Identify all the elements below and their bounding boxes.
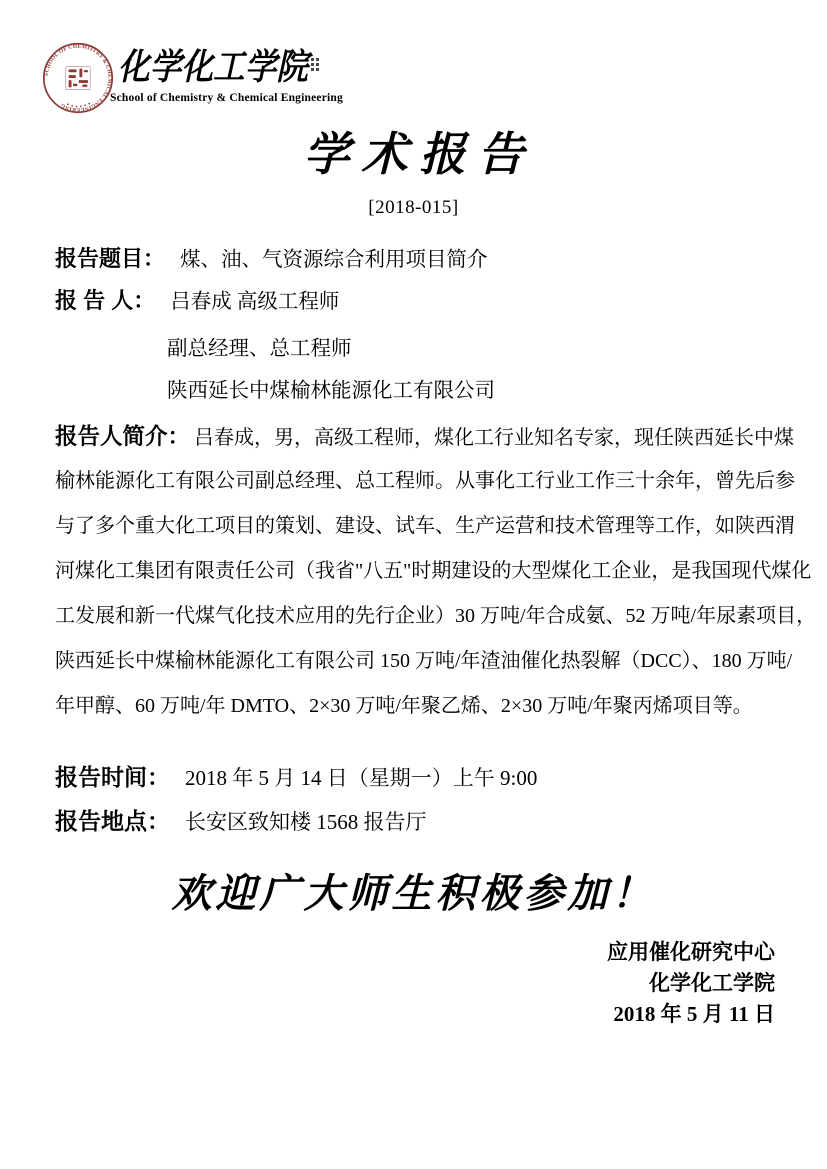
- bio-intro-text: 吕春成，男，高级工程师，煤化工行业知名专家，现任陕西延长中煤: [194, 427, 794, 449]
- bio-line: 年甲醇、60 万吨/年 DMTO、2×30 万吨/年聚乙烯、2×30 万吨/年聚…: [55, 684, 772, 729]
- signature-mark: [311, 58, 320, 84]
- school-name-english: School of Chemistry & Chemical Engineeri…: [110, 92, 343, 104]
- bio-line: 与了多个重大化工项目的策划、建设、试车、生产运营和技术管理等工作，如陕西渭: [55, 504, 772, 549]
- field-topic-label: 报告题目：: [55, 242, 165, 273]
- field-venue-label: 报告地点：: [55, 803, 170, 836]
- field-speaker-label: 报 告 人：: [55, 284, 155, 315]
- field-time-label: 报告时间：: [55, 759, 170, 792]
- bio-label: 报告人简介：: [55, 424, 190, 449]
- bio-line: 工发展和新一代煤气化技术应用的先行企业）30 万吨/年合成氨、52 万吨/年尿素…: [55, 594, 772, 639]
- footer-school-line: 化学化工学院: [607, 968, 775, 999]
- bio-line: 报告人简介：吕春成，男，高级工程师，煤化工行业知名专家，现任陕西延长中煤: [55, 414, 772, 459]
- speaker-company-line: 陕西延长中煤榆林能源化工有限公司: [167, 373, 495, 403]
- bio-line: 陕西延长中煤榆林能源化工有限公司 150 万吨/年渣油催化热裂解（DCC）、18…: [55, 639, 772, 684]
- footer-org-line: 应用催化研究中心: [607, 937, 775, 968]
- field-topic: 报告题目：煤、油、气资源综合利用项目简介: [55, 242, 488, 273]
- field-venue-value: 长安区致知楼 1568 报告厅: [185, 810, 427, 834]
- field-time: 报告时间：2018 年 5 月 14 日（星期一）上午 9:00: [55, 759, 537, 792]
- field-venue: 报告地点：长安区致知楼 1568 报告厅: [55, 803, 427, 836]
- speaker-bio-paragraph: 报告人简介：吕春成，男，高级工程师，煤化工行业知名专家，现任陕西延长中煤 榆林能…: [55, 414, 772, 729]
- bio-line: 河煤化工集团有限责任公司（我省"八五"时期建设的大型煤化工企业，是我国现代煤化: [55, 549, 772, 594]
- document-number: [2018-015]: [0, 197, 827, 219]
- field-topic-value: 煤、油、气资源综合利用项目简介: [180, 249, 488, 271]
- school-name-chinese: 化学化工学院: [118, 48, 308, 88]
- field-speaker-value: 吕春成 高级工程师: [170, 291, 339, 313]
- bio-line: 榆林能源化工有限公司副总经理、总工程师。从事化工行业工作三十余年，曾先后参: [55, 459, 772, 504]
- welcome-message: 欢迎广大师生积极参加！: [0, 862, 827, 919]
- announcement-page: SCHOOL OF CHEMISTRY & CHEMICAL ENGINEERI…: [0, 0, 827, 1169]
- footer-date-line: 2018 年 5 月 11 日: [607, 999, 775, 1030]
- field-speaker: 报 告 人：吕春成 高级工程师: [55, 284, 339, 315]
- footer-signature: 应用催化研究中心 化学化工学院 2018 年 5 月 11 日: [607, 937, 775, 1030]
- school-seal-icon: SCHOOL OF CHEMISTRY & CHEMICAL ENGINEERI…: [42, 42, 114, 114]
- speaker-position-line: 副总经理、总工程师: [167, 331, 352, 361]
- page-title: 学术报告: [0, 118, 827, 184]
- field-time-value: 2018 年 5 月 14 日（星期一）上午 9:00: [185, 766, 537, 790]
- seal-center-mark: [66, 66, 90, 89]
